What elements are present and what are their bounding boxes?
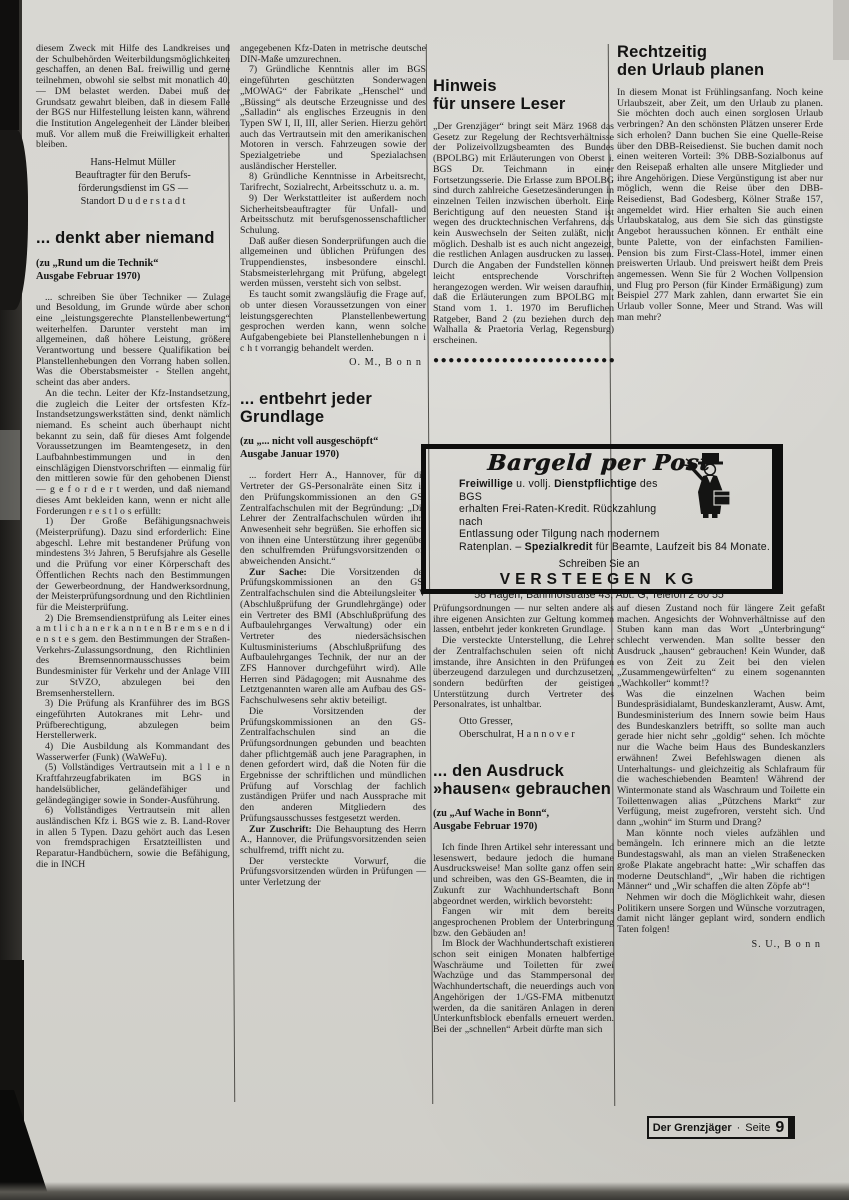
paragraph: angegebenen Kfz-Daten in metrische deuts… xyxy=(240,44,426,65)
ad-text-segment: Ratenplan. – xyxy=(459,541,525,553)
paragraph: Die Vorsitzenden der Prüfungskommissione… xyxy=(240,707,426,825)
paragraph: „Der Grenzjäger“ bringt seit März 1968 d… xyxy=(433,122,614,347)
scan-corner-top-right xyxy=(833,0,849,60)
paragraph: Daß außer diesen Sonderprüfungen auch di… xyxy=(240,237,426,291)
paragraph: 3) Die Prüfung als Kranführer des im BGS… xyxy=(36,699,230,742)
ad-text-segment: Spezialkredit xyxy=(525,541,593,553)
paragraph: Zur Zuschrift: Die Behauptung des Herrn … xyxy=(240,825,426,857)
newspaper-page: diesem Zweck mit Hilfe des Landkreises u… xyxy=(0,0,849,1200)
ad-company-name: VERSTEEGEN KG xyxy=(426,571,772,588)
signature: Hans-Helmut Müller Beauftragter für den … xyxy=(36,156,230,208)
dots-divider: ●●●●●●●●●●●●●●●●●●●●●●●● xyxy=(433,355,614,366)
credit-advertisement: Bargeld per Post Freiwillige u. vollj. D… xyxy=(421,444,783,594)
scan-edge-bottom xyxy=(0,1182,849,1200)
section-subheading: (zu „Rund um die Technik“ Ausgabe Februa… xyxy=(36,257,230,283)
page-footer: Der Grenzjäger · Seite 9 xyxy=(647,1116,795,1139)
publication-name: Der Grenzjäger xyxy=(653,1122,732,1134)
paragraph: Fangen wir mit dem bereits angesprochene… xyxy=(433,907,614,939)
paragraph: Man könnte noch vieles aufzählen und bem… xyxy=(617,829,825,893)
page-label: Seite xyxy=(745,1122,770,1134)
paragraph: ... fordert Herr A., Hannover, für die V… xyxy=(240,471,426,567)
ad-call-to-action: Schreiben Sie an xyxy=(426,558,772,570)
paragraph: Prüfungsordnungen — nur selten andere al… xyxy=(433,604,614,636)
paragraph: 7) Gründliche Kenntnis aller im BGS eing… xyxy=(240,65,426,172)
ad-text-line: Entlassung oder Tilgung nach modernem xyxy=(459,528,772,541)
column-4-lower: auf diesen Zustand noch für längere Zeit… xyxy=(617,604,825,953)
section-heading: ... denkt aber niemand xyxy=(36,230,230,248)
scan-blob-top xyxy=(0,0,19,130)
ad-text-segment: Entlassung oder Tilgung nach modernem xyxy=(459,528,660,540)
paragraph: Die versteckte Unterstellung, die Lehrer… xyxy=(433,636,614,711)
column-4-upper: Rechtzeitig den Urlaub planenIn diesem M… xyxy=(617,44,823,323)
paragraph: ... schreiben Sie über Techniker — Zulag… xyxy=(36,293,230,389)
signature: Otto Gresser, Oberschulrat, H a n n o v … xyxy=(459,715,614,741)
paragraph: Im Block der Wachhundertschaft existiere… xyxy=(433,939,614,1035)
ad-text-segment: erhalten Frei-Raten-Kredit. Rückzahlung … xyxy=(459,503,656,528)
paragraph: 8) Gründliche Kenntnisse in Arbeitsrecht… xyxy=(240,172,426,193)
paragraph: 9) Der Werkstattleiter ist außerdem noch… xyxy=(240,194,426,237)
scan-light-patch xyxy=(0,430,20,520)
ad-text-line: Ratenplan. – Spezialkredit für Beamte, L… xyxy=(459,541,772,554)
section-heading: Rechtzeitig den Urlaub planen xyxy=(617,44,823,79)
signature: S. U., B o n n xyxy=(617,938,821,951)
ad-text-segment: Dienstpflichtige xyxy=(554,478,637,490)
paragraph: Nehmen wir doch die Möglichkeit wahr, di… xyxy=(617,893,825,936)
section-subheading: (zu „... nicht voll ausgeschöpft“ Ausgab… xyxy=(240,435,426,461)
section-heading: ... den Ausdruck »hausen« gebrauchen xyxy=(433,763,614,798)
paragraph: (5) Vollständiges Vertrautsein mit a l l… xyxy=(36,763,230,806)
paragraph: Was die einzelnen Wachen beim Bundespräs… xyxy=(617,690,825,829)
paragraph: diesem Zweck mit Hilfe des Landkreises u… xyxy=(36,44,230,151)
column-3-upper: Hinweis für unsere Leser„Der Grenzjäger“… xyxy=(433,78,614,366)
scan-blob-upper xyxy=(0,130,28,310)
ad-text-segment: Freiwillige xyxy=(459,478,513,490)
paragraph: In diesem Monat ist Frühlingsanfang. Noc… xyxy=(617,88,823,323)
courier-man-icon xyxy=(683,452,739,518)
ad-text-segment: für Beamte, Laufzeit bis 84 Monate. xyxy=(593,541,770,553)
ad-address: 58 Hagen, Bahnhofstraße 43, Abt. G, Tele… xyxy=(426,589,772,601)
signature: O. M., B o n n xyxy=(240,356,422,369)
paragraph: 2) Die Bremsendienstprüfung als Leiter e… xyxy=(36,614,230,700)
column-3-lower: Prüfungsordnungen — nur selten andere al… xyxy=(433,604,614,1036)
section-subheading: (zu „Auf Wache in Bonn“, Ausgabe Februar… xyxy=(433,807,614,833)
footer-separator: · xyxy=(737,1122,741,1134)
column-1: diesem Zweck mit Hilfe des Landkreises u… xyxy=(36,44,230,871)
paragraph: Der versteckte Vorwurf, die Prüfungsvors… xyxy=(240,857,426,889)
paragraph: Ich finde Ihren Artikel sehr interessant… xyxy=(433,843,614,907)
paragraph: 4) Die Ausbildung als Kommandant des Was… xyxy=(36,742,230,763)
paragraph: Zur Sache: Die Vorsitzenden der Prüfungs… xyxy=(240,568,426,707)
column-2: angegebenen Kfz-Daten in metrische deuts… xyxy=(240,44,426,889)
paragraph: Es taucht somit zwangsläufig die Frage a… xyxy=(240,290,426,354)
paragraph: 6) Vollständiges Vertrautsein mit allen … xyxy=(36,806,230,870)
ad-text-segment: u. vollj. xyxy=(513,478,554,490)
section-heading: Hinweis für unsere Leser xyxy=(433,78,614,113)
paragraph: An die techn. Leiter der Kfz-Instandsetz… xyxy=(36,389,230,517)
section-heading: ... entbehrt jeder Grundlage xyxy=(240,391,426,426)
paragraph: 1) Der Große Befähigungsnachweis (Meiste… xyxy=(36,517,230,613)
paragraph: auf diesen Zustand noch für längere Zeit… xyxy=(617,604,825,690)
page-number: 9 xyxy=(775,1120,784,1136)
